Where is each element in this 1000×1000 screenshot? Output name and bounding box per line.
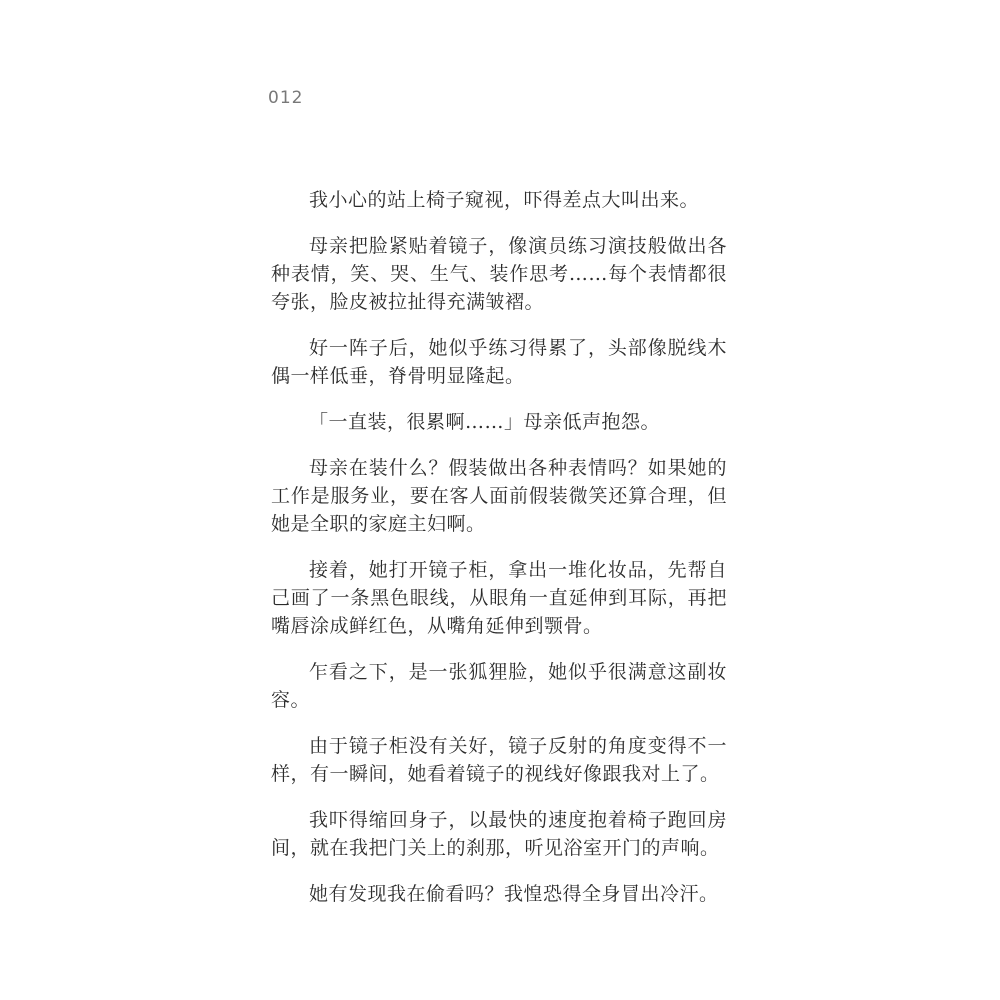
paragraph: 乍看之下，是一张狐狸脸，她似乎很满意这副妆容。 bbox=[271, 658, 727, 714]
paragraph: 由于镜子柜没有关好，镜子反射的角度变得不一样，有一瞬间，她看着镜子的视线好像跟我… bbox=[271, 732, 727, 788]
book-page: 012 我小心的站上椅子窥视，吓得差点大叫出来。 母亲把脸紧贴着镜子，像演员练习… bbox=[0, 0, 1000, 1000]
page-number: 012 bbox=[268, 90, 303, 107]
paragraph: 我小心的站上椅子窥视，吓得差点大叫出来。 bbox=[271, 186, 727, 214]
paragraph: 「一直装，很累啊……」母亲低声抱怨。 bbox=[271, 408, 727, 436]
paragraph: 我吓得缩回身子，以最快的速度抱着椅子跑回房间，就在我把门关上的刹那，听见浴室开门… bbox=[271, 806, 727, 862]
paragraph: 接着，她打开镜子柜，拿出一堆化妆品，先帮自己画了一条黑色眼线，从眼角一直延伸到耳… bbox=[271, 556, 727, 640]
paragraph: 好一阵子后，她似乎练习得累了，头部像脱线木偶一样低垂，脊骨明显隆起。 bbox=[271, 334, 727, 390]
text-block: 我小心的站上椅子窥视，吓得差点大叫出来。 母亲把脸紧贴着镜子，像演员练习演技般做… bbox=[271, 186, 727, 926]
paragraph: 母亲把脸紧贴着镜子，像演员练习演技般做出各种表情，笑、哭、生气、装作思考……每个… bbox=[271, 232, 727, 316]
paragraph: 母亲在装什么？假装做出各种表情吗？如果她的工作是服务业，要在客人面前假装微笑还算… bbox=[271, 454, 727, 538]
paragraph: 她有发现我在偷看吗？我惶恐得全身冒出冷汗。 bbox=[271, 880, 727, 908]
